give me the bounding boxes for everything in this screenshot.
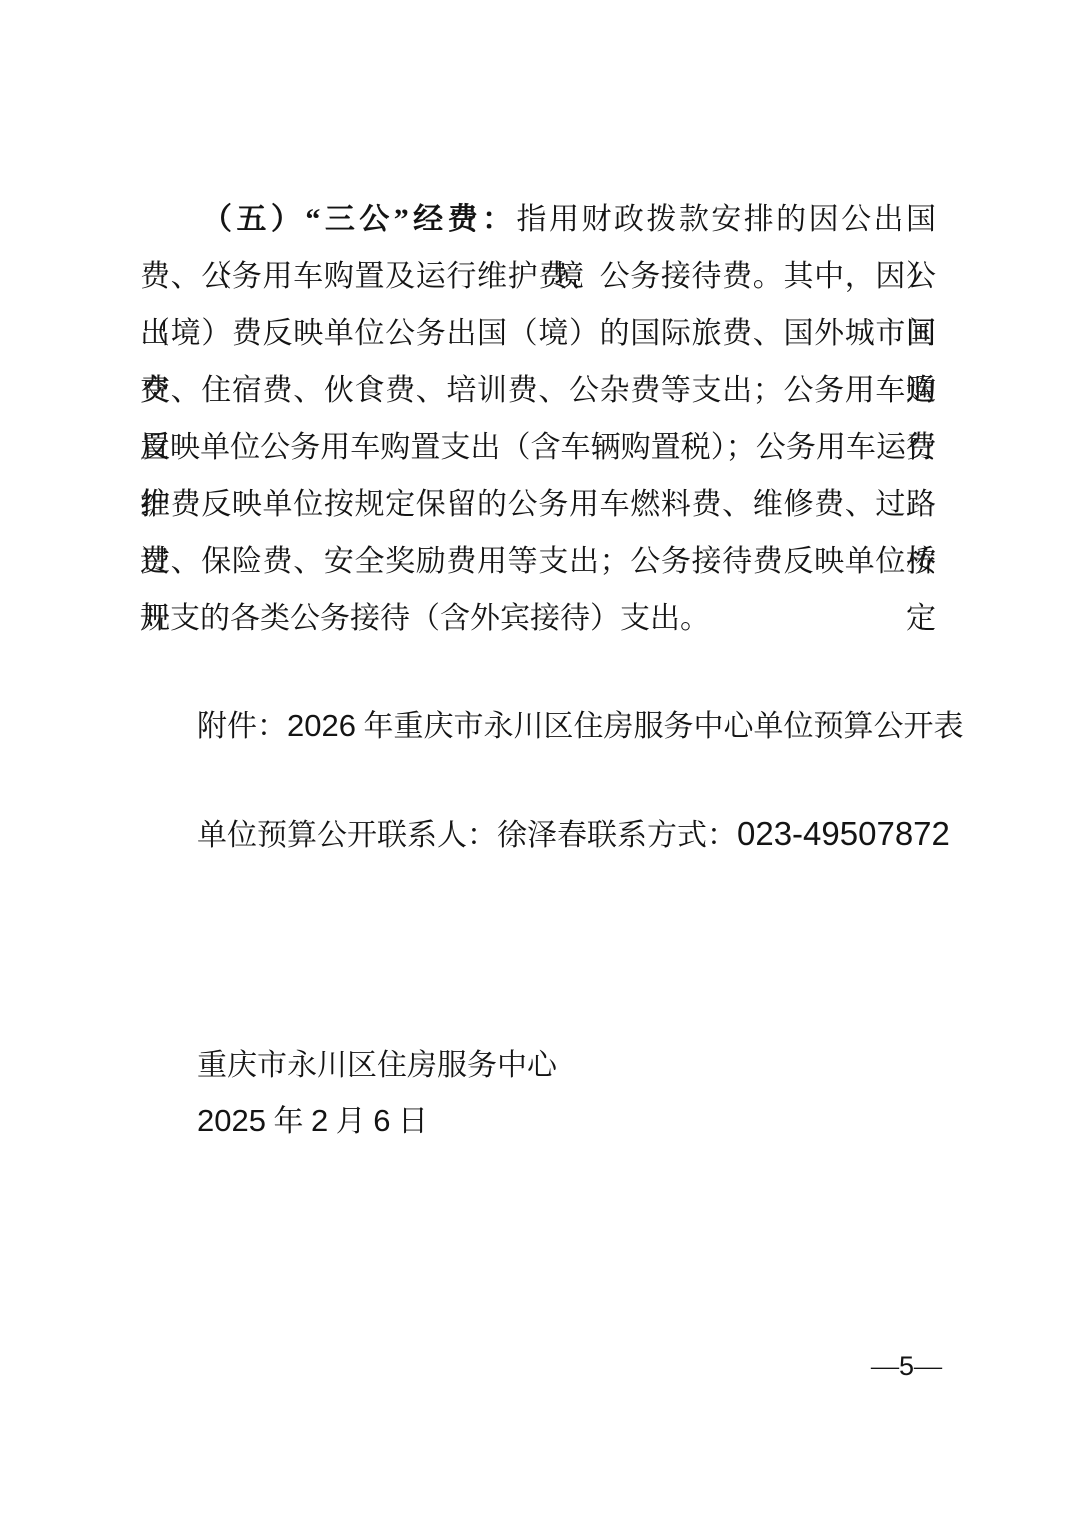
paragraph-line: 护费反映单位按规定保留的公务用车燃料费、维修费、过路过桥 bbox=[140, 476, 936, 533]
signature-date-year-unit: 年 bbox=[266, 1105, 311, 1138]
attachment-year: 2026 bbox=[287, 708, 356, 743]
page-number-dash-right: — bbox=[914, 1351, 942, 1382]
attachment-line: 附件：2026 年重庆市永川区住房服务中心单位预算公开表 bbox=[140, 697, 936, 755]
contact-line: 单位预算公开联系人：徐泽春联系方式：023-49507872 bbox=[140, 805, 936, 864]
paragraph-line: 费、保险费、安全奖励费用等支出；公务接待费反映单位按规定 bbox=[140, 533, 936, 590]
signature-date-day: 6 bbox=[373, 1103, 390, 1138]
attachment-title: 年重庆市永川区住房服务中心单位预算公开表 bbox=[356, 710, 964, 743]
signature-date-month-unit: 月 bbox=[328, 1105, 373, 1138]
signature-date-day-unit: 日 bbox=[390, 1105, 428, 1138]
document-page: （五）“三公”经费：指用财政拨款安排的因公出国（境） 费、公务用车购置及运行维护… bbox=[0, 0, 1074, 1520]
page-number-dash-left: — bbox=[871, 1351, 899, 1382]
attachment-label: 附件： bbox=[197, 710, 287, 743]
paragraph-line: 费、公务用车购置及运行维护费、公务接待费。其中，因公出国 bbox=[140, 248, 936, 305]
paragraph-line: 反映单位公务用车购置支出（含车辆购置税）；公务用车运行维 bbox=[140, 419, 936, 476]
contact-label: 单位预算公开联系人：徐泽春联系方式： bbox=[197, 819, 737, 852]
page-number-value: 5 bbox=[899, 1351, 914, 1381]
contact-phone: 023-49507872 bbox=[737, 815, 950, 852]
page-number: —5— bbox=[871, 1349, 942, 1384]
signature-date-year: 2025 bbox=[197, 1103, 266, 1138]
paragraph-san-gong-definition: （五）“三公”经费：指用财政拨款安排的因公出国（境） 费、公务用车购置及运行维护… bbox=[140, 191, 936, 647]
signature-date-month: 2 bbox=[311, 1103, 328, 1138]
paragraph-line: （五）“三公”经费：指用财政拨款安排的因公出国（境） bbox=[140, 191, 936, 248]
signature-date: 2025 年 2 月 6 日 bbox=[140, 1092, 936, 1150]
signature-organization: 重庆市永川区住房服务中心 bbox=[140, 1037, 936, 1094]
paragraph-lead-bold: （五）“三公”经费： bbox=[202, 203, 517, 236]
paragraph-line: （境）费反映单位公务出国（境）的国际旅费、国外城市间交通 bbox=[140, 305, 936, 362]
paragraph-line: 费、住宿费、伙食费、培训费、公杂费等支出；公务用车购置费 bbox=[140, 362, 936, 419]
